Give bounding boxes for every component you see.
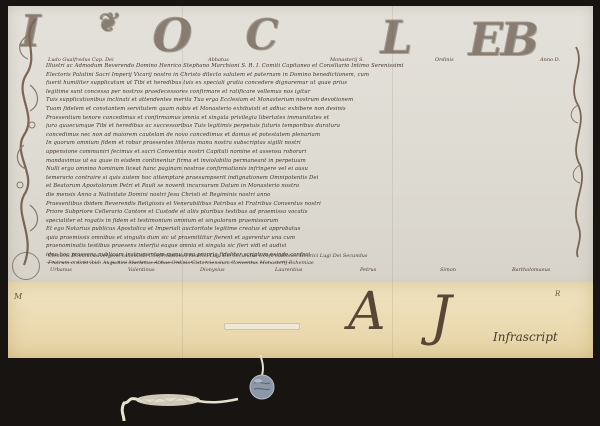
decorated-initial: C [245,10,278,59]
text-line: et Beatorum Apostolorum Petri et Pauli s… [46,183,554,192]
ornamental-border-right [560,45,588,260]
text-line: Priore Subpriore Cellerario Cantore et C… [46,209,554,218]
plica-fold [8,282,593,358]
witness-name: Bartholomaeus [512,267,550,273]
decorated-initial: E [468,12,503,66]
text-line: Illustri ac Admodum Reverendo Domino Hen… [46,63,554,72]
text-line: quia praemissis omnibus et singulis dum … [46,235,554,244]
text-line: concedimus nec non ad maiorem cautelam d… [46,132,554,141]
wax-seal [248,373,276,401]
text-line: die mensis Anno a Nativitate Domini nost… [46,192,554,201]
text-line: legitime sunt concessa per nostros praed… [46,89,554,98]
witness-name: Petrus [360,267,376,273]
decorated-initial: L [380,10,412,64]
signature-line-1: Clemens Dominicus vergens canonicus Conf… [48,253,553,259]
decorated-initial-ornament: ❦ [95,8,117,38]
text-line: fuerit humiliter supplicatum ut Tibi et … [46,80,554,89]
decorated-initial: O [152,8,192,62]
text-line: In quorum omnium fidem et robur praesent… [46,140,554,149]
witness-name: Simon [440,267,456,273]
text-line: praenominatis testibus praesens interfui… [46,243,554,252]
text-line: Praesentibus ibidem Reverendis Religiosi… [46,201,554,210]
text-line: temerario contraire si quis autem hoc at… [46,175,554,184]
text-line: jura quaecumque Tibi et heredibus ac suc… [46,123,554,132]
notarial-mark [12,252,40,280]
decorated-initial: B [500,12,539,66]
text-line: Tuam fidelem et constantem servitutem qu… [46,106,554,115]
fold-mark-left: M [14,292,22,301]
witness-name: Urbanus [50,267,72,273]
text-line: specialiter et rogatis in fidem et testi… [46,218,554,227]
text-line: Tuis supplicationibus inclinati et atten… [46,97,554,106]
witness-name: Valentinus [128,267,155,273]
signature-line-2: Fratrum ordinis ibid. Augustini Marianus… [48,260,553,266]
fold-mark-right: R [555,290,560,298]
plica-initial: J [430,284,452,347]
seal-cord-slot [224,323,300,330]
text-line: mandavimus ut ea quae in eisdem continen… [46,158,554,167]
charter-body-text: Illustri ac Admodum Reverendo Domino Hen… [46,63,554,263]
text-line: Et ego Notarius publicus Apostolica et I… [46,226,554,235]
text-line: Electoris Palatini Sacri Imperij Vicarij… [46,72,554,81]
text-line: Nulli ergo omnino hominum liceat hanc pa… [46,166,554,175]
witness-name: Dionysius [200,267,225,273]
plica-signature: Infrascript [493,330,558,344]
witness-name: Laurentius [275,267,303,273]
text-line: appensione communiri fecimus et sacri Co… [46,149,554,158]
ornamental-border-left [10,15,44,273]
plica-initial: A [348,282,386,342]
text-line: Praesentium tenore concedimus et confirm… [46,115,554,124]
